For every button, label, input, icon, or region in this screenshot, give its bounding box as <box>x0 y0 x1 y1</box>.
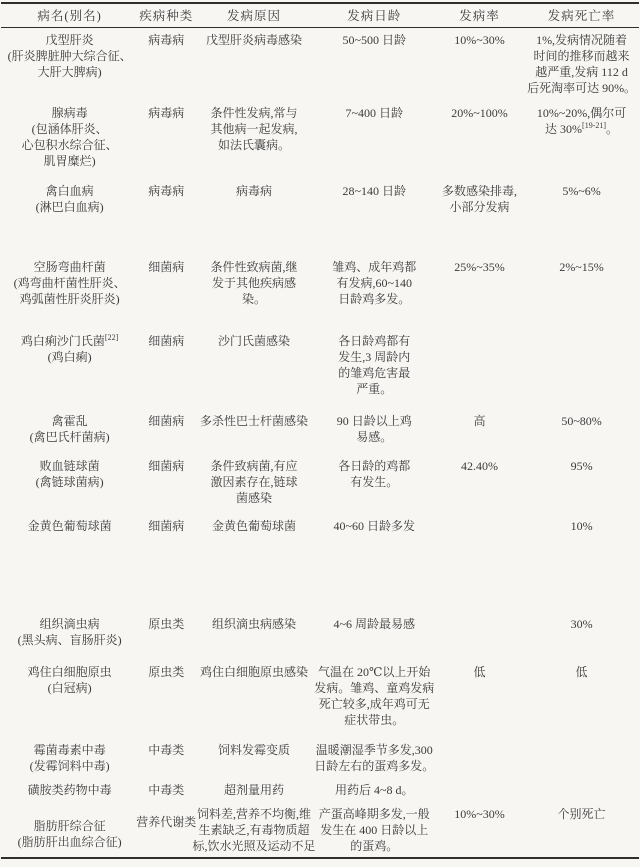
cell-age: 7~400 日龄 <box>314 101 435 179</box>
cell-cause: 金黄色葡萄球菌 <box>194 514 313 612</box>
scanned-document-page: 病名(别名)疾病种类发病原因发病日龄发病率发病死亡率 戊型肝炎(肝炎脾脏肿大综合… <box>0 0 640 867</box>
cell-cause: 饲料差,营养不均衡,维生素缺乏,有毒物质超标,饮水光照及运动不足 <box>194 802 313 858</box>
cell-age: 各日龄鸡都有发生,3 周龄内的雏鸡危害最严重。 <box>314 329 435 409</box>
cell-type: 细菌病 <box>138 409 194 454</box>
table-row: 鸡住白细胞原虫(白冠病)原虫类鸡住白细胞原虫感染气温在 20℃以上开始发病。雏鸡… <box>1 660 639 738</box>
cell-age: 用药后 4~8 d。 <box>314 778 435 802</box>
cell-incidence: 42.40% <box>435 454 524 514</box>
cell-age: 28~140 日龄 <box>314 179 435 255</box>
cell-cause: 超剂量用药 <box>194 778 313 802</box>
cell-type: 原虫类 <box>138 612 194 660</box>
cell-age: 各日龄的鸡都有发生。 <box>314 454 435 514</box>
table-row: 禽霍乱(禽巴氏杆菌病)细菌病多杀性巴士杆菌感染90 日龄以上鸡易感。高50~80… <box>1 409 639 454</box>
cell-type: 中毒类 <box>138 778 194 802</box>
cell-name: 霉菌毒素中毒(发霉饲料中毒) <box>1 738 138 778</box>
disease-table-body: 戊型肝炎(肝炎脾脏肿大综合征、大肝大脾病)病毒病戊型肝炎病毒感染50~500 日… <box>1 28 639 858</box>
cell-incidence: 低 <box>435 660 524 738</box>
table-row: 脂肪肝综合征(脂肪肝出血综合征)营养代谢类饲料差,营养不均衡,维生素缺乏,有毒物… <box>1 802 639 858</box>
cell-name: 鸡白痢沙门氏菌[22](鸡白痢) <box>1 329 138 409</box>
table-row: 金黄色葡萄球菌细菌病金黄色葡萄球菌40~60 日龄多发10% <box>1 514 639 612</box>
cell-type: 病毒病 <box>138 179 194 255</box>
table-row: 空肠弯曲杆菌(鸡弯曲杆菌性肝炎、鸡弧菌性肝炎肝炎)细菌病条件性致病菌,继发于其他… <box>1 255 639 329</box>
table-row: 组织滴虫病(黑头病、盲肠肝炎)原虫类组织滴虫病感染4~6 周龄最易感30% <box>1 612 639 660</box>
cell-cause: 戊型肝炎病毒感染 <box>194 28 313 101</box>
column-header: 发病原因 <box>194 3 313 28</box>
cell-incidence <box>435 514 524 612</box>
cell-incidence: 20%~100% <box>435 101 524 179</box>
cell-age: 50~500 日龄 <box>314 28 435 101</box>
cell-cause: 条件性发病,常与其他病一起发病,如法氏囊病。 <box>194 101 313 179</box>
cell-mortality: 95% <box>524 454 639 514</box>
column-header: 发病死亡率 <box>524 3 639 28</box>
cell-mortality: 5%~6% <box>524 179 639 255</box>
cell-name: 空肠弯曲杆菌(鸡弯曲杆菌性肝炎、鸡弧菌性肝炎肝炎) <box>1 255 138 329</box>
cell-cause: 鸡住白细胞原虫感染 <box>194 660 313 738</box>
cell-cause: 多杀性巴士杆菌感染 <box>194 409 313 454</box>
cell-mortality: 10% <box>524 514 639 612</box>
cell-type: 营养代谢类 <box>138 802 194 858</box>
cell-age: 90 日龄以上鸡易感。 <box>314 409 435 454</box>
table-row: 霉菌毒素中毒(发霉饲料中毒)中毒类饲料发霉变质温暖潮湿季节多发,300日龄左右的… <box>1 738 639 778</box>
cell-name: 戊型肝炎(肝炎脾脏肿大综合征、大肝大脾病) <box>1 28 138 101</box>
cell-type: 中毒类 <box>138 738 194 778</box>
cell-name: 磺胺类药物中毒 <box>1 778 138 802</box>
cell-name: 鸡住白细胞原虫(白冠病) <box>1 660 138 738</box>
cell-name: 脂肪肝综合征(脂肪肝出血综合征) <box>1 802 138 858</box>
cell-type: 原虫类 <box>138 660 194 738</box>
cell-cause: 饲料发霉变质 <box>194 738 313 778</box>
cell-incidence: 10%~30% <box>435 802 524 858</box>
cell-mortality <box>524 778 639 802</box>
cell-age: 温暖潮湿季节多发,300日龄左右的蛋鸡多发。 <box>314 738 435 778</box>
cell-name: 金黄色葡萄球菌 <box>1 514 138 612</box>
cell-cause: 组织滴虫病感染 <box>194 612 313 660</box>
cell-name: 组织滴虫病(黑头病、盲肠肝炎) <box>1 612 138 660</box>
cell-mortality: 低 <box>524 660 639 738</box>
table-header-row: 病名(别名)疾病种类发病原因发病日龄发病率发病死亡率 <box>1 3 639 28</box>
cell-incidence <box>435 612 524 660</box>
cell-incidence <box>435 329 524 409</box>
cell-name: 禽白血病(淋巴白血病) <box>1 179 138 255</box>
cell-age: 4~6 周龄最易感 <box>314 612 435 660</box>
cell-name: 腺病毒(包涵体肝炎、心包积水综合征、肌胃糜烂) <box>1 101 138 179</box>
cell-incidence: 25%~35% <box>435 255 524 329</box>
cell-cause: 病毒病 <box>194 179 313 255</box>
table-row: 磺胺类药物中毒中毒类超剂量用药用药后 4~8 d。 <box>1 778 639 802</box>
cell-type: 细菌病 <box>138 454 194 514</box>
table-row: 败血链球菌(禽链球菌病)细菌病条件致病菌,有应激因素存在,链球菌感染各日龄的鸡都… <box>1 454 639 514</box>
cell-cause: 条件性致病菌,继发于其他疾病感染。 <box>194 255 313 329</box>
cell-cause: 沙门氏菌感染 <box>194 329 313 409</box>
cell-incidence: 多数感染排毒,小部分发病 <box>435 179 524 255</box>
column-header: 发病率 <box>435 3 524 28</box>
cell-incidence <box>435 738 524 778</box>
cell-mortality: 10%~20%,偶尔可达 30%[19-21]。 <box>524 101 639 179</box>
cell-mortality: 1%,发病情况随着时间的推移而越来越严重,发病 112 d后死淘率可达 90%。 <box>524 28 639 101</box>
column-header: 病名(别名) <box>1 3 138 28</box>
cell-type: 细菌病 <box>138 255 194 329</box>
column-header: 疾病种类 <box>138 3 194 28</box>
cell-type: 细菌病 <box>138 329 194 409</box>
cell-age: 40~60 日龄多发 <box>314 514 435 612</box>
cell-age: 产蛋高峰期多发,一般发生在 400 日龄以上的蛋鸡。 <box>314 802 435 858</box>
cell-incidence: 高 <box>435 409 524 454</box>
cell-mortality: 个别死亡 <box>524 802 639 858</box>
cell-age: 雏鸡、成年鸡都有发病,60~140日龄鸡多发。 <box>314 255 435 329</box>
cell-name: 禽霍乱(禽巴氏杆菌病) <box>1 409 138 454</box>
cell-mortality <box>524 329 639 409</box>
cell-type: 病毒病 <box>138 101 194 179</box>
cell-mortality <box>524 738 639 778</box>
cell-type: 细菌病 <box>138 514 194 612</box>
table-row: 鸡白痢沙门氏菌[22](鸡白痢)细菌病沙门氏菌感染各日龄鸡都有发生,3 周龄内的… <box>1 329 639 409</box>
poultry-disease-table: 病名(别名)疾病种类发病原因发病日龄发病率发病死亡率 戊型肝炎(肝炎脾脏肿大综合… <box>1 2 639 859</box>
cell-mortality: 30% <box>524 612 639 660</box>
cell-mortality: 2%~15% <box>524 255 639 329</box>
table-row: 戊型肝炎(肝炎脾脏肿大综合征、大肝大脾病)病毒病戊型肝炎病毒感染50~500 日… <box>1 28 639 101</box>
cell-name: 败血链球菌(禽链球菌病) <box>1 454 138 514</box>
table-row: 腺病毒(包涵体肝炎、心包积水综合征、肌胃糜烂)病毒病条件性发病,常与其他病一起发… <box>1 101 639 179</box>
table-row: 禽白血病(淋巴白血病)病毒病病毒病28~140 日龄多数感染排毒,小部分发病5%… <box>1 179 639 255</box>
cell-cause: 条件致病菌,有应激因素存在,链球菌感染 <box>194 454 313 514</box>
cell-incidence: 10%~30% <box>435 28 524 101</box>
cell-incidence <box>435 778 524 802</box>
column-header: 发病日龄 <box>314 3 435 28</box>
cell-age: 气温在 20℃以上开始发病。雏鸡、童鸡发病死亡较多,成年鸡可无症状带虫。 <box>314 660 435 738</box>
cell-mortality: 50~80% <box>524 409 639 454</box>
cell-type: 病毒病 <box>138 28 194 101</box>
